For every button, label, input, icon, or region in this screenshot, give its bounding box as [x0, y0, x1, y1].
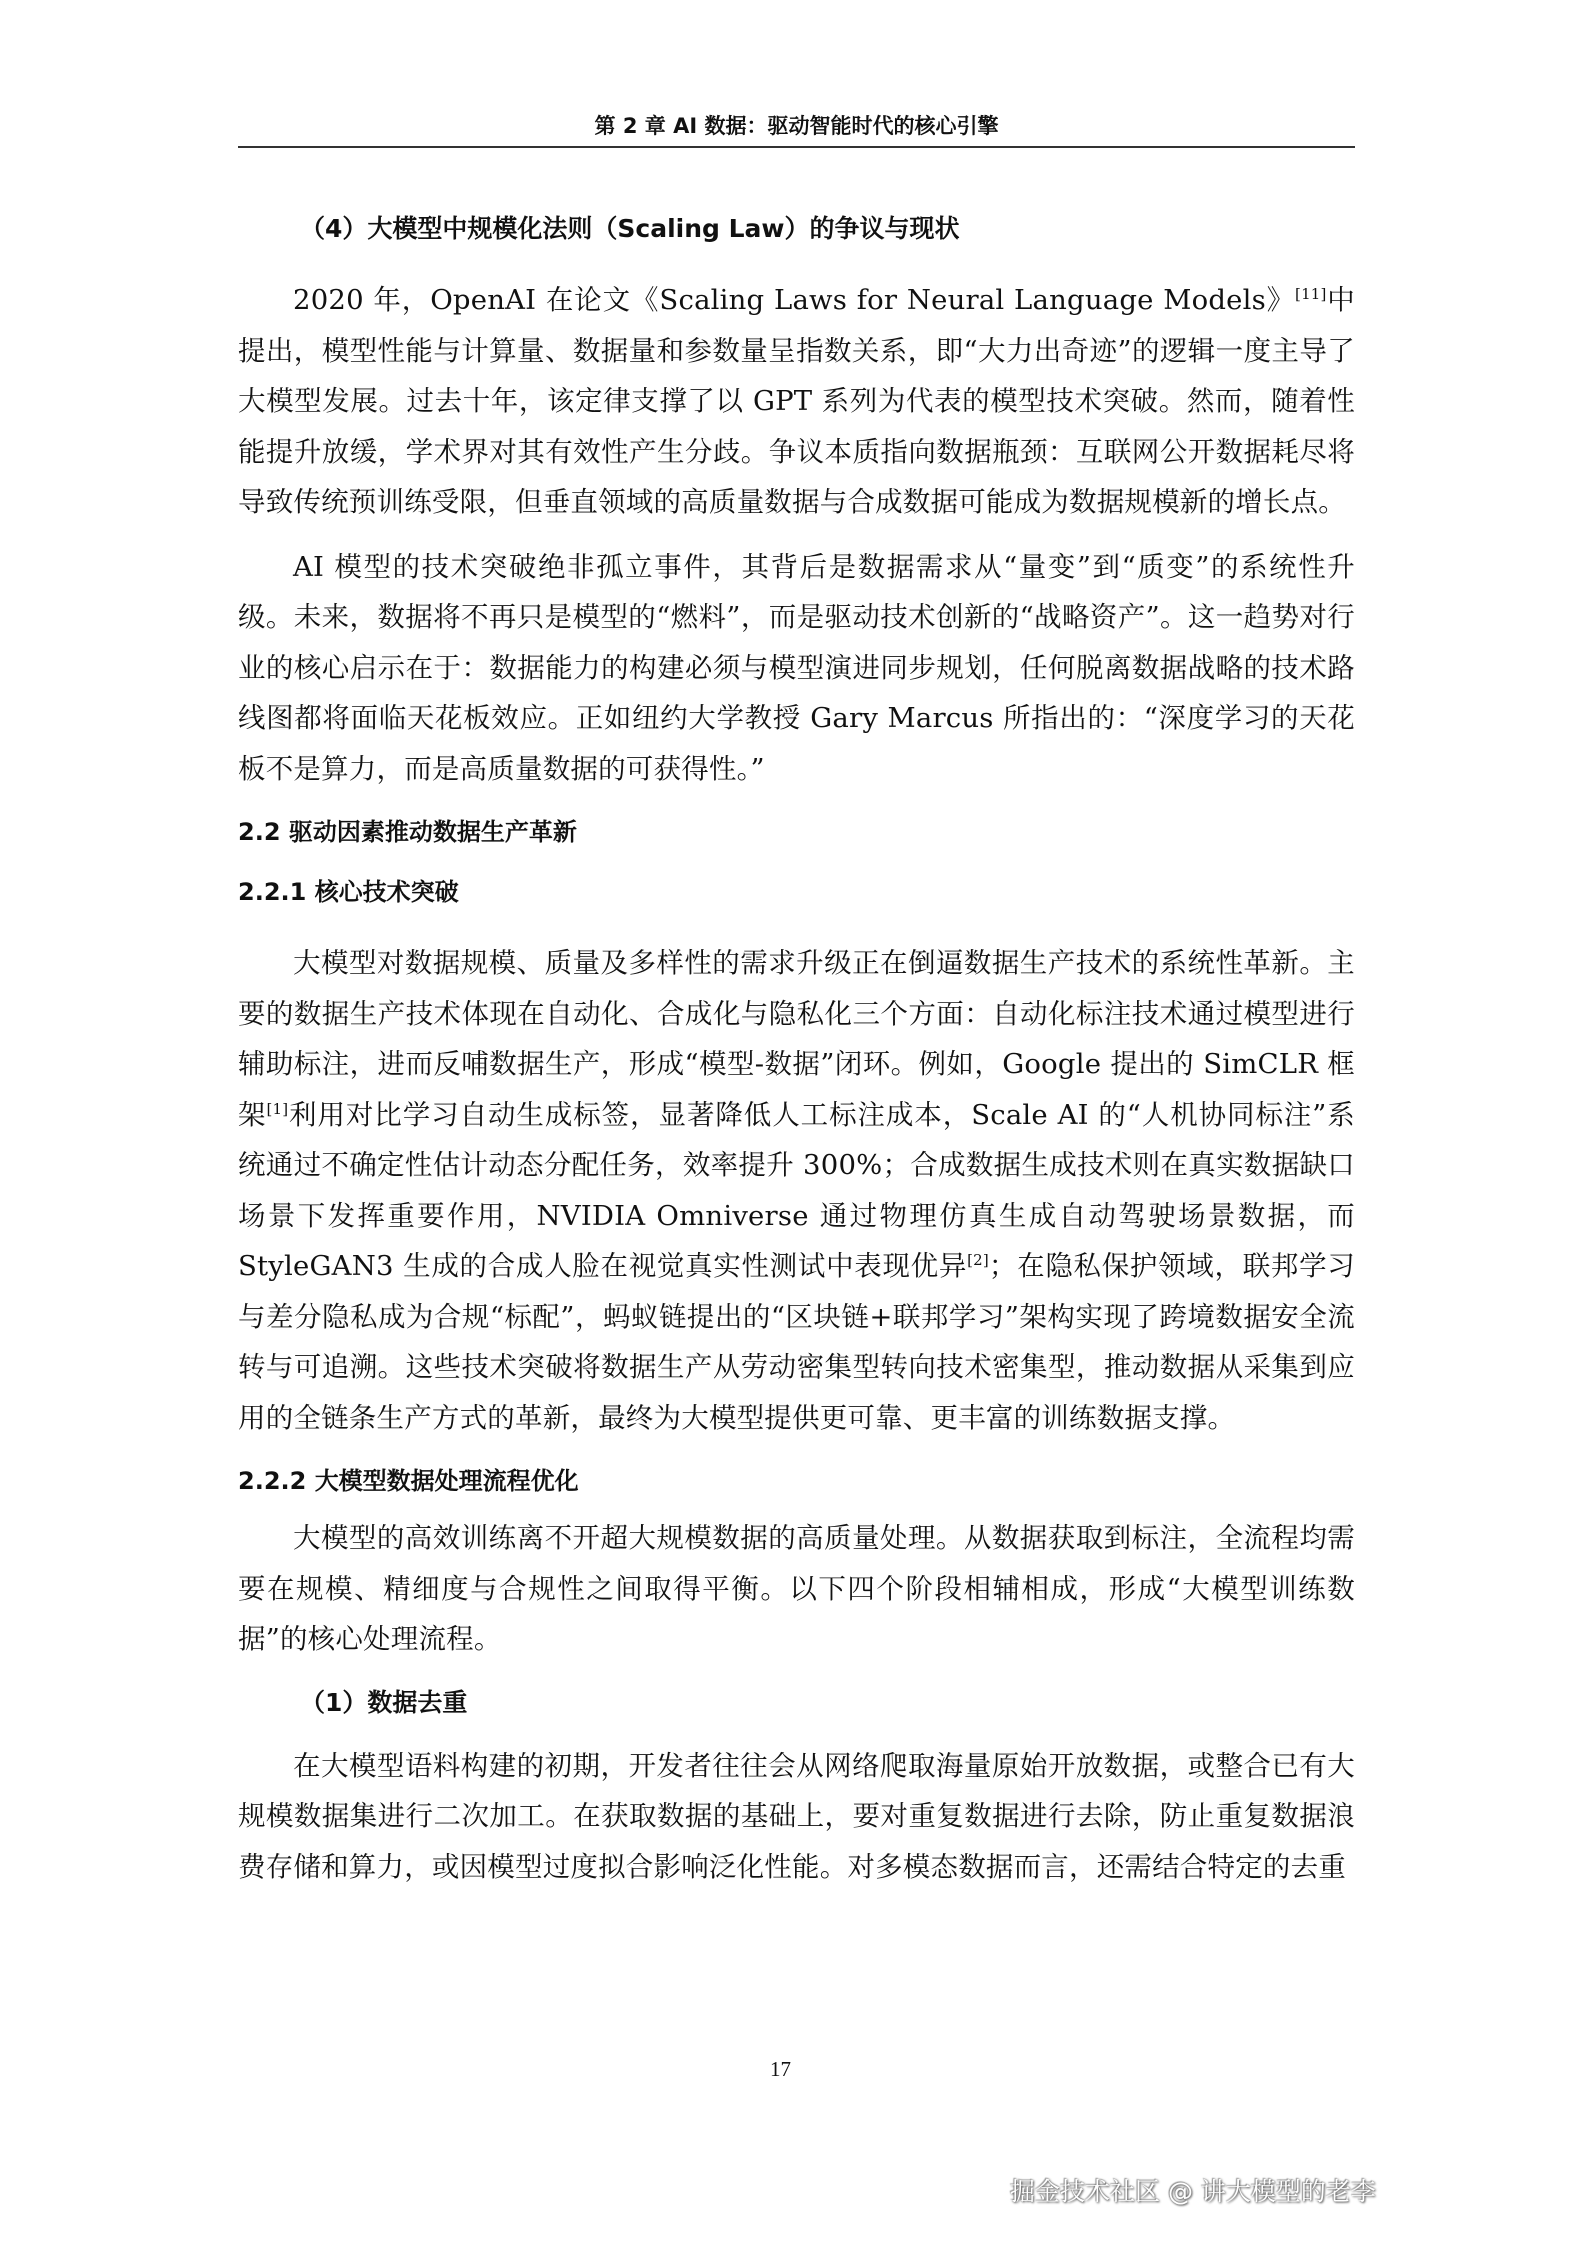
subsection-heading-dedup: （1）数据去重: [300, 1679, 1355, 1727]
section-heading-2-2-2: 2.2.2 大模型数据处理流程优化: [238, 1457, 1355, 1505]
paragraph-core-tech: 大模型对数据规模、质量及多样性的需求升级正在倒逼数据生产技术的系统性革新。主要的…: [238, 938, 1355, 1443]
paragraph-dedup: 在大模型语料构建的初期，开发者往往会从网络爬取海量原始开放数据，或整合已有大规模…: [238, 1741, 1355, 1893]
header-divider: [238, 146, 1355, 148]
paragraph-data-strategy: AI 模型的技术突破绝非孤立事件，其背后是数据需求从“量变”到“质变”的系统性升…: [238, 542, 1355, 795]
citation-ref-1[interactable]: [1]: [266, 1099, 288, 1117]
chapter-header: 第 2 章 AI 数据：驱动智能时代的核心引擎: [238, 110, 1355, 140]
paragraph-text: 中提出，模型性能与计算量、数据量和参数量呈指数关系，即“大力出奇迹”的逻辑一度主…: [238, 284, 1355, 518]
section-heading-2-2-1: 2.2.1 核心技术突破: [238, 868, 1355, 916]
paragraph-scaling-laws: 2020 年，OpenAI 在论文《Scaling Laws for Neura…: [238, 275, 1355, 528]
citation-ref-11[interactable]: [11]: [1295, 285, 1327, 303]
section-heading-2-2: 2.2 驱动因素推动数据生产革新: [238, 808, 1355, 856]
paragraph-processing-flow: 大模型的高效训练离不开超大规模数据的高质量处理。从数据获取到标注，全流程均需要在…: [238, 1513, 1355, 1665]
watermark: 掘金技术社区 @ 讲大模型的老李: [1010, 2172, 1376, 2208]
page-number: 17: [770, 2057, 791, 2082]
paragraph-text: 2020 年，OpenAI 在论文《Scaling Laws for Neura…: [293, 284, 1295, 316]
subsection-heading-scaling-law: （4）大模型中规模化法则（Scaling Law）的争议与现状: [300, 205, 1355, 253]
page-body: （4）大模型中规模化法则（Scaling Law）的争议与现状 2020 年，O…: [238, 205, 1355, 1906]
citation-ref-2[interactable]: [2]: [967, 1251, 989, 1269]
